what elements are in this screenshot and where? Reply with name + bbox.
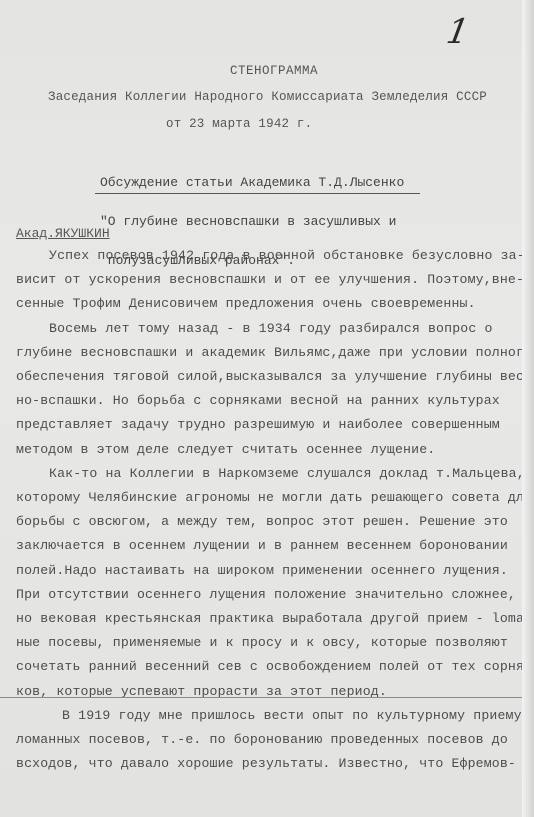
transcript-line: всходов, что давало хорошие результаты. … [16,752,516,776]
speaker-name: Акад.ЯКУШКИН [16,226,110,241]
transcript-line: заключается в осеннем лущении и в раннем… [16,534,516,558]
transcript-line: Успех посевов 1942 года в военной обстан… [16,244,516,268]
transcript-line: ные посевы, применяемые и к просу и к ов… [16,631,516,655]
transcript-line: которому Челябинские агрономы не могли д… [16,486,516,510]
transcript-line: глубине весновспашки и академик Вильямс,… [16,341,516,365]
transcript-line: В 1919 году мне пришлось вести опыт по к… [16,704,516,728]
topic-line: "О глубине весновспашки в засушливых и [100,215,404,228]
transcript-line: При отсутствии осеннего лущения положени… [16,583,516,607]
transcript-line: висит от ускорения весновспашки и от ее … [16,268,516,292]
transcript-line: борьбы с овсюгом, а между тем, вопрос эт… [16,510,516,534]
margin-line [0,697,522,698]
topic-line: Обсуждение статьи Академика Т.Д.Лысенко [100,176,404,189]
transcript-line: Как-то на Коллегии в Наркомземе слушался… [16,462,516,486]
transcript-line: но вековая крестьянская практика выработ… [16,607,516,631]
page-edge [522,0,534,817]
transcript-line: ломанных посевов, т.-е. по боронованию п… [16,728,516,752]
document-title: СТЕНОГРАММА [0,64,534,78]
transcript-line: сочетать ранний весенний сев с освобожде… [16,655,516,679]
transcript-line: методом в этом деле следует считать осен… [16,438,516,462]
topic-underline [95,193,420,194]
page-number: 1 [443,12,472,52]
document-page: 1 СТЕНОГРАММА Заседания Коллегии Народно… [0,0,524,817]
transcript-line: Восемь лет тому назад - в 1934 году разб… [16,317,516,341]
transcript-line: ков, которые успевают прорасти за этот п… [16,680,516,704]
document-subtitle: Заседания Коллегии Народного Комиссариат… [48,90,508,104]
document-date: от 23 марта 1942 г. [166,117,534,131]
transcript-line: обеспечения тяговой силой,высказывался з… [16,365,516,389]
transcript-line: представляет задачу трудно разрешимую и … [16,413,516,437]
transcript-line: но-вспашки. Но борьба с сорняками весной… [16,389,516,413]
transcript-line: полей.Надо настаивать на широком примене… [16,559,516,583]
transcript-line: сенные Трофим Денисовичем предложения оч… [16,292,516,316]
